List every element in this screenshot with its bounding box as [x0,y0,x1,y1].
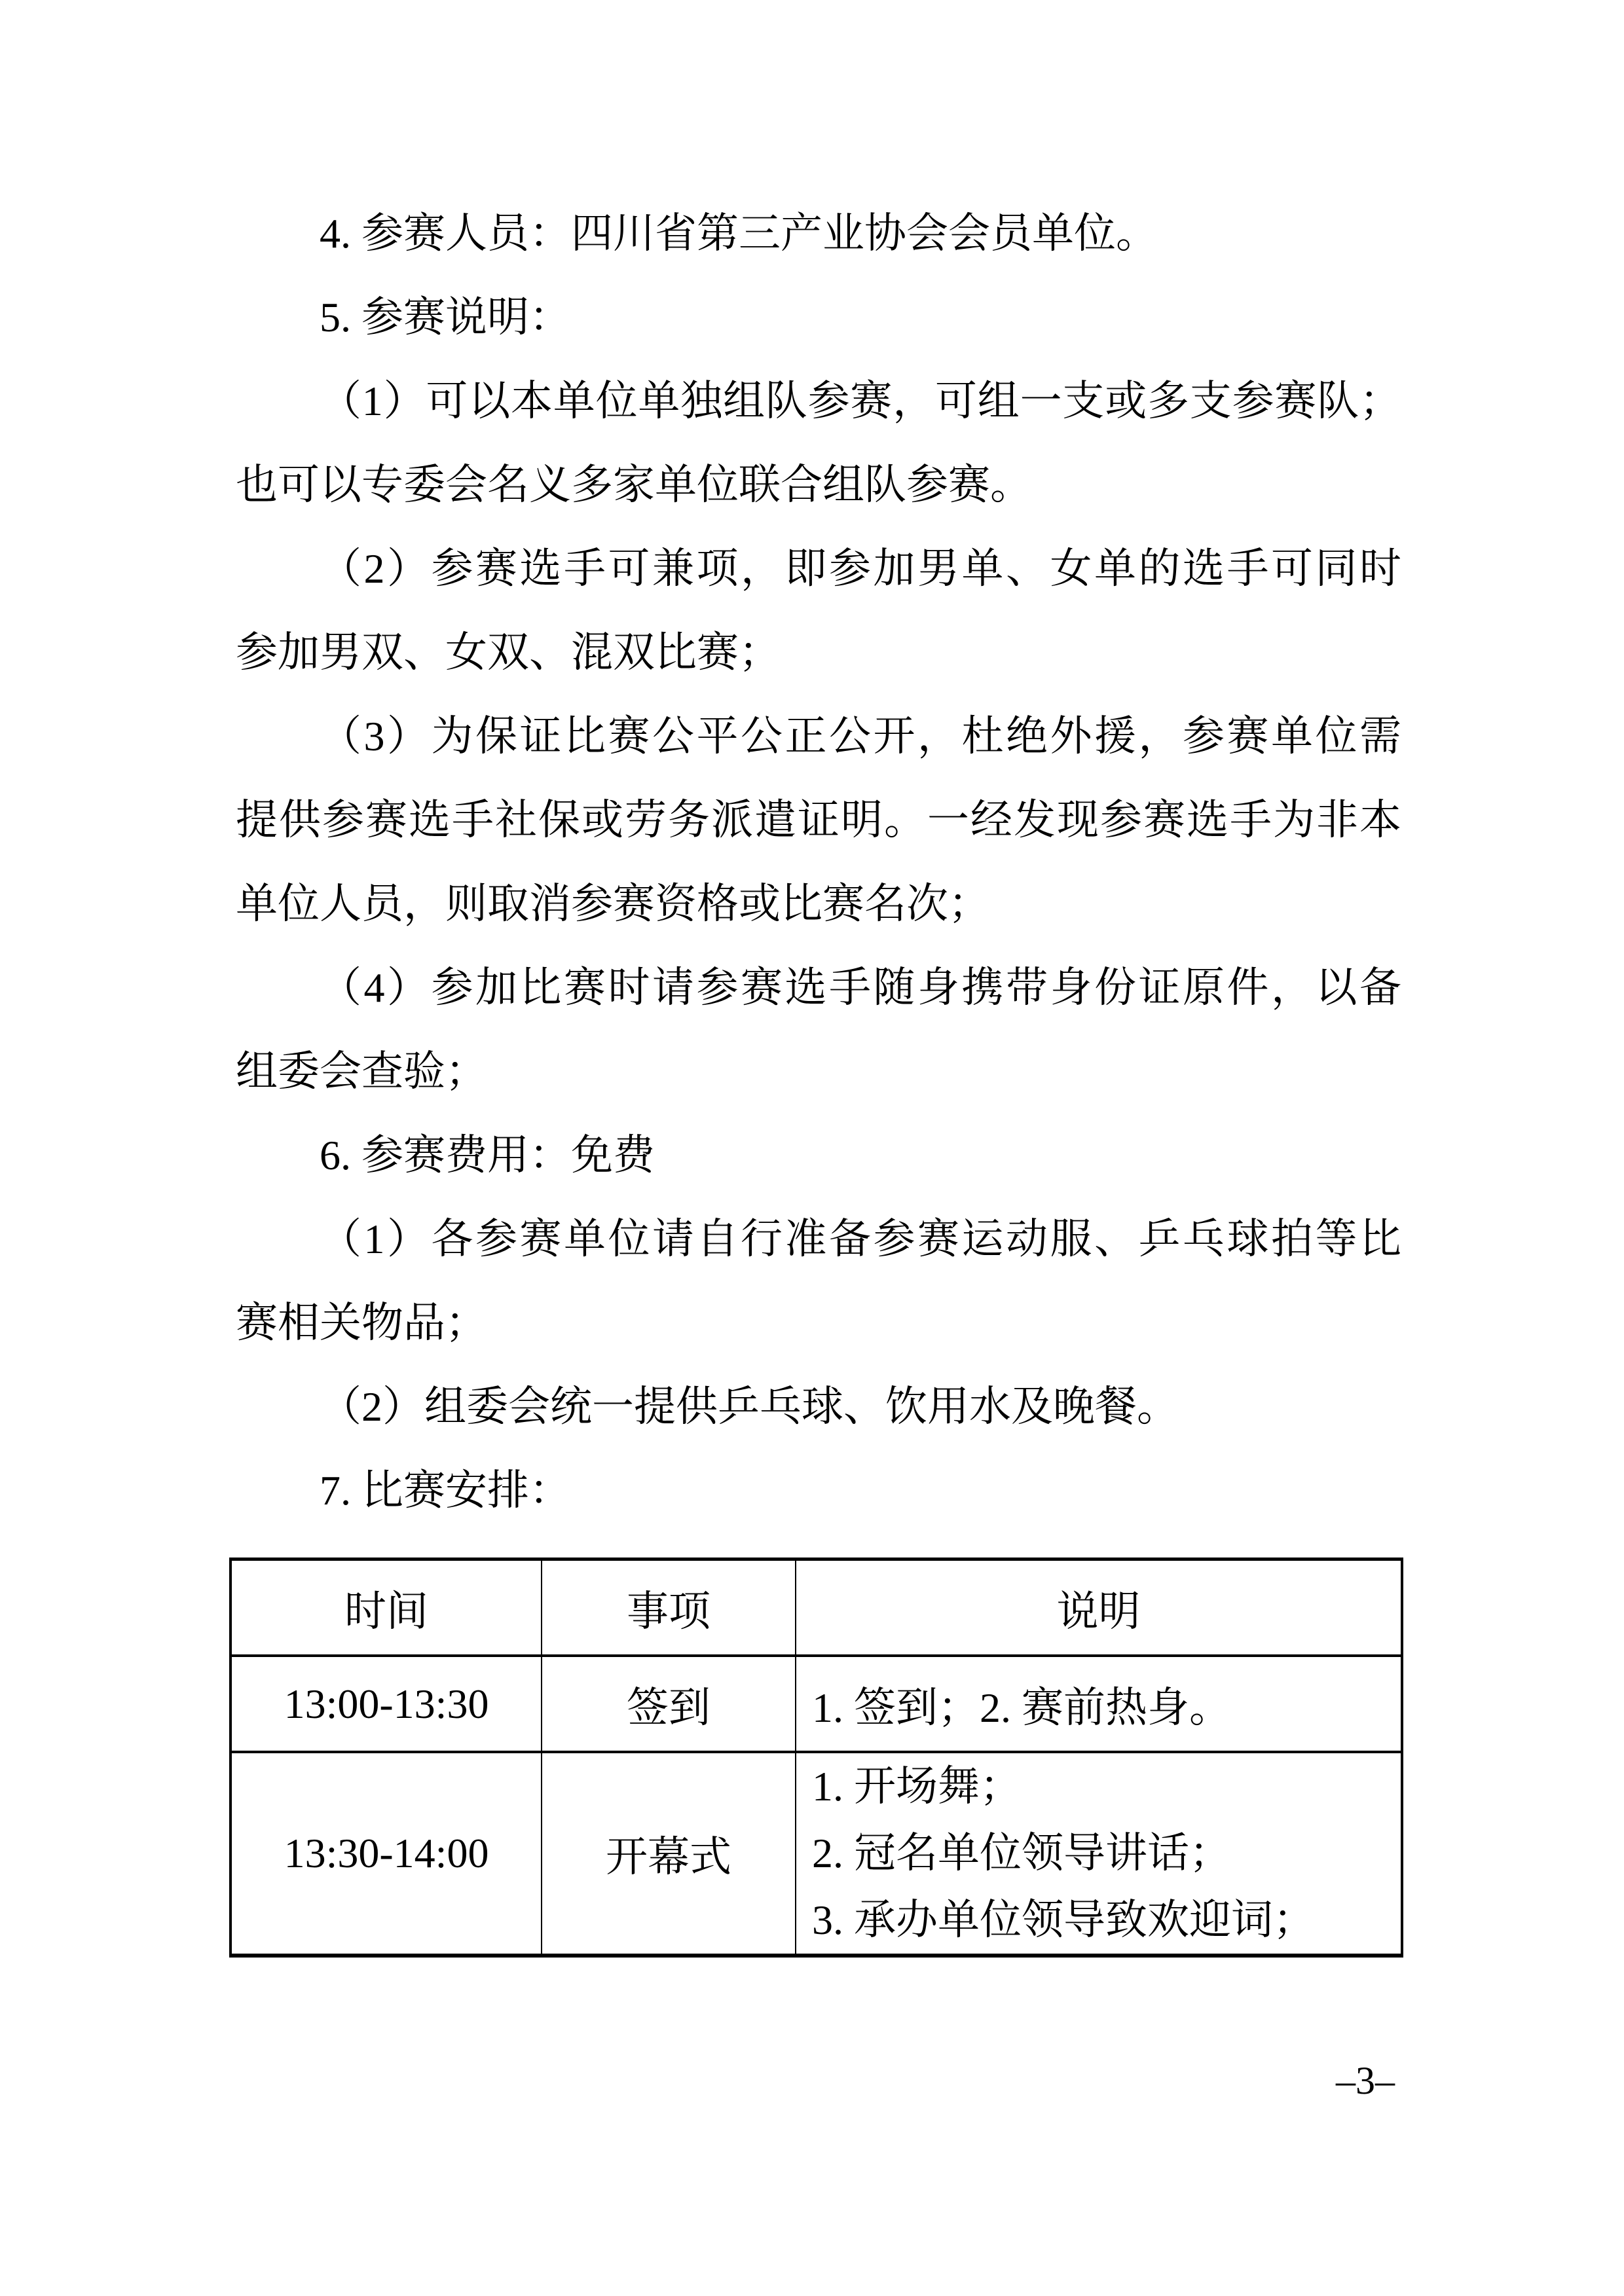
desc-line: 2. 冠名单位领导讲话； [812,1820,1385,1887]
page-number: –3– [1336,2060,1395,2102]
cell-time: 13:30-14:00 [231,1752,542,1956]
cell-time: 13:00-13:30 [231,1656,542,1752]
body-line: 提供参赛选手社保或劳务派遣证明。一经发现参赛选手为非本 [236,778,1401,862]
table-row: 13:30-14:00 开幕式 1. 开场舞； 2. 冠名单位领导讲话； 3. … [231,1752,1402,1956]
table-header-time: 时间 [231,1559,542,1656]
body-line: 参加男双、女双、混双比赛； [236,611,1401,695]
schedule-table: 时间 事项 说明 13:00-13:30 签到 1. 签到；2. 赛前热身。 1… [229,1558,1403,1958]
body-line: 单位人员，则取消参赛资格或比赛名次； [236,862,1401,946]
cell-desc: 1. 签到；2. 赛前热身。 [796,1656,1402,1752]
table-header-row: 时间 事项 说明 [231,1559,1402,1656]
document-page: 4. 参赛人员：四川省第三产业协会会员单位。 5. 参赛说明： （1）可以本单位… [0,0,1624,2296]
body-line: 7. 比赛安排： [236,1449,1401,1533]
desc-line: 3. 承办单位领导致欢迎词； [812,1887,1385,1954]
body-line: 赛相关物品； [236,1281,1401,1365]
body-line: （2）组委会统一提供乒乓球、饮用水及晚餐。 [236,1365,1401,1449]
body-line: （4）参加比赛时请参赛选手随身携带身份证原件，以备 [236,946,1401,1030]
desc-line: 1. 签到；2. 赛前热身。 [812,1674,1385,1734]
body-line: （3）为保证比赛公平公正公开，杜绝外援，参赛单位需 [236,695,1401,778]
body-line: （2）参赛选手可兼项，即参加男单、女单的选手可同时 [236,527,1401,611]
body-line: 6. 参赛费用：免费 [236,1114,1401,1197]
table-header-desc: 说明 [796,1559,1402,1656]
table-row: 13:00-13:30 签到 1. 签到；2. 赛前热身。 [231,1656,1402,1752]
desc-line: 1. 开场舞； [812,1753,1385,1820]
body-line: （1）可以本单位单独组队参赛，可组一支或多支参赛队； [236,359,1401,443]
cell-item: 签到 [542,1656,796,1752]
body-line: （1）各参赛单位请自行准备参赛运动服、乒乓球拍等比 [236,1197,1401,1281]
cell-item: 开幕式 [542,1752,796,1956]
body-line: 组委会查验； [236,1030,1401,1114]
cell-desc: 1. 开场舞； 2. 冠名单位领导讲话； 3. 承办单位领导致欢迎词； [796,1752,1402,1956]
body-text-block: 4. 参赛人员：四川省第三产业协会会员单位。 5. 参赛说明： （1）可以本单位… [236,192,1401,1533]
table-header-item: 事项 [542,1559,796,1656]
body-line: 4. 参赛人员：四川省第三产业协会会员单位。 [236,192,1401,276]
body-line: 5. 参赛说明： [236,276,1401,359]
body-line: 也可以专委会名义多家单位联合组队参赛。 [236,443,1401,527]
